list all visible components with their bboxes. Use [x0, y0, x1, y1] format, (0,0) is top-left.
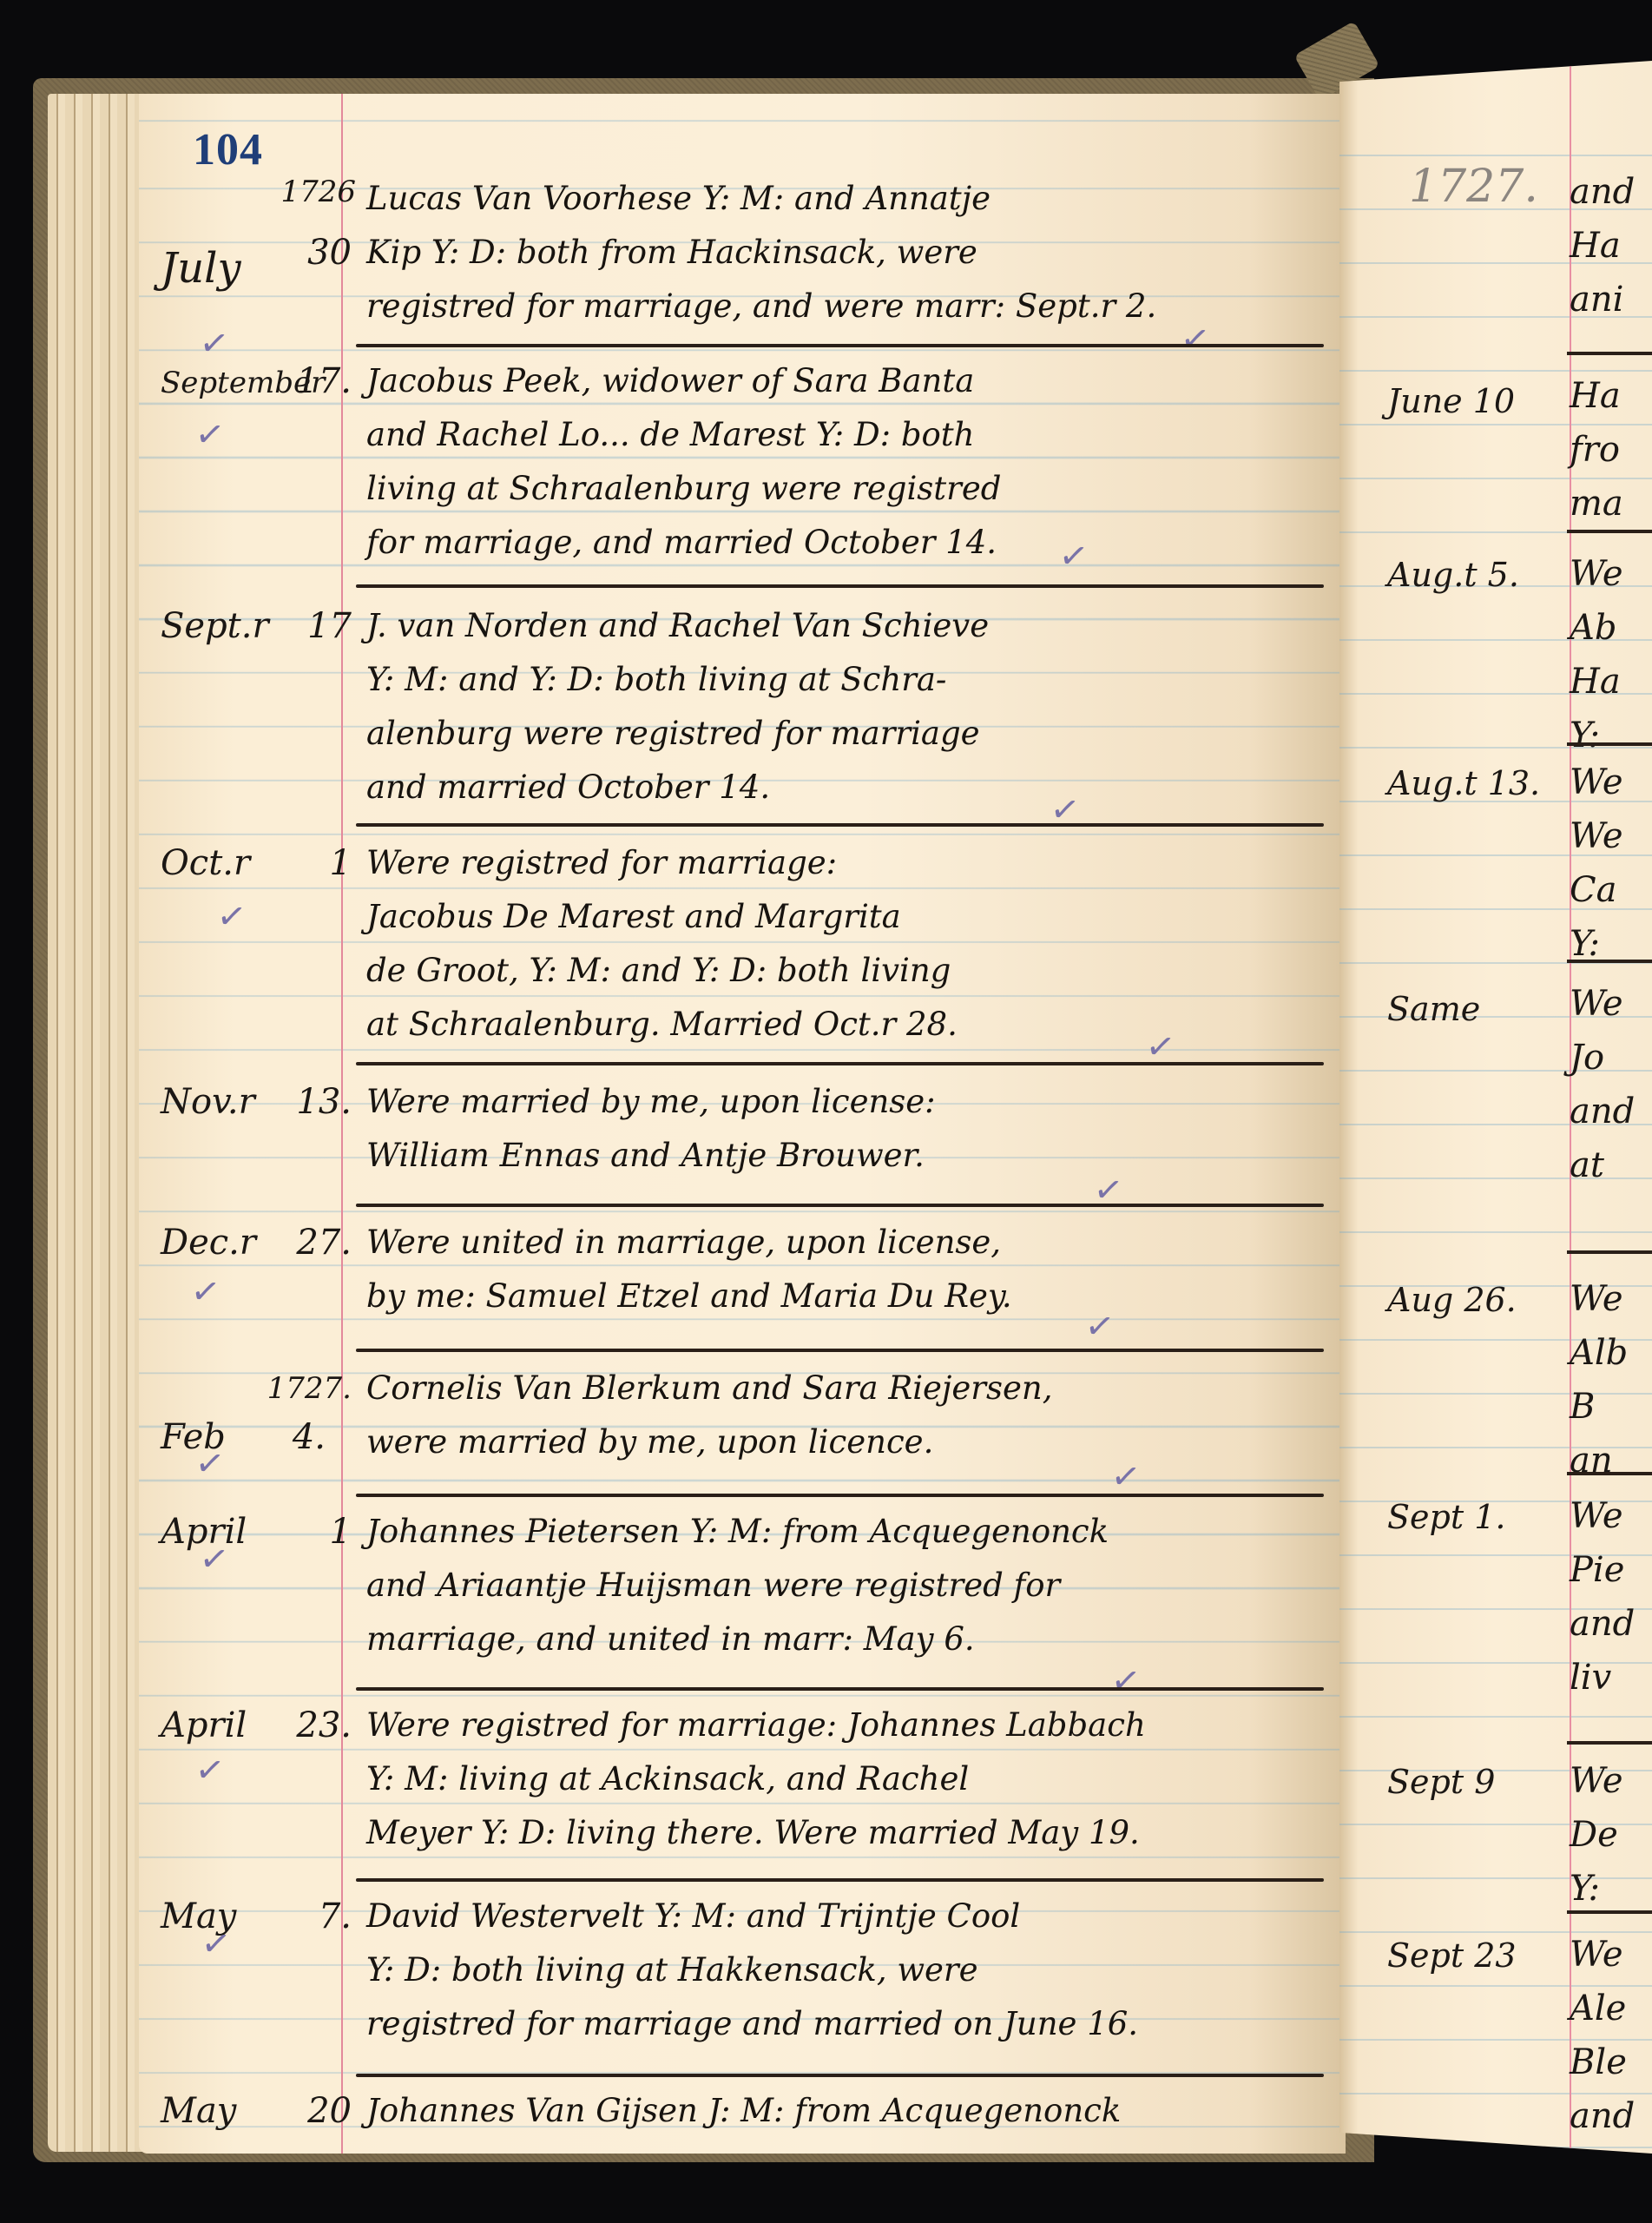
entry-divider [356, 1494, 1324, 1497]
entry-month: May [161, 2084, 236, 2138]
check-mark-icon: ✓ [193, 1442, 227, 1486]
entry-text: Lucas Van Voorhese Y: M: and Annatje Kip… [366, 172, 1320, 333]
entry-divider [1567, 1741, 1652, 1745]
entry-day: 27. [296, 1216, 352, 1270]
entry-divider [1567, 530, 1652, 533]
entry-text-fragment: We We Ca Y: [1570, 755, 1623, 971]
entry-date: Aug.t 5. [1387, 556, 1561, 594]
entry-text: Cornelis Van Blerkum and Sara Riejersen,… [366, 1362, 1320, 1469]
entry-text: Were married by me, upon license: Willia… [366, 1075, 1320, 1183]
entry-divider [356, 344, 1324, 347]
entry-divider [356, 584, 1324, 588]
entry-text-fragment: We Jo and at [1570, 977, 1635, 1192]
entry-text-fragment: We De Y: [1570, 1754, 1623, 1916]
entry-day: 17 [307, 599, 352, 653]
check-mark-icon: ✓ [1083, 1305, 1117, 1349]
pencil-year-note: 1727. [1409, 161, 1538, 213]
entry-year: 1727. [267, 1362, 352, 1415]
entry-year: 1726 [280, 165, 356, 219]
entry-text: Jacobus Peek, widower of Sara Banta and … [366, 354, 1320, 570]
entry-date: June 10 [1387, 382, 1561, 420]
entry-date: May 7. [161, 1890, 352, 1943]
entry-date: September 17. [161, 354, 352, 410]
entry-divider [1567, 1472, 1652, 1475]
entry-date: Same [1387, 990, 1561, 1028]
entry-date: Sept 23 [1387, 1936, 1561, 1975]
page-number: 104 [193, 124, 263, 175]
entry-divider [356, 823, 1324, 827]
entry-month: Dec.r [161, 1216, 256, 1270]
entry-text: Johannes Pietersen Y: M: from Acquegenon… [366, 1505, 1320, 1666]
entry-date: Aug.t 13. [1387, 764, 1561, 802]
entry-divider [356, 1349, 1324, 1352]
check-mark-icon: ✓ [214, 895, 249, 939]
check-mark-icon: ✓ [199, 1923, 234, 1966]
entry-divider [1567, 960, 1652, 963]
entry-date: Sept.r 17 [161, 599, 352, 653]
entry-day: 30 [307, 226, 352, 280]
entry-date: Aug 26. [1387, 1281, 1561, 1319]
entry-date: April 1 [161, 1505, 352, 1559]
entry-divider [1567, 352, 1652, 355]
entry-divider [1567, 1910, 1652, 1914]
entry-date: Oct.r 1 [161, 836, 352, 890]
right-page: 1727. and Ha ani June 10 Ha fro ma Aug.t… [1339, 61, 1652, 2154]
entry-text-fragment: We Pie and liv [1570, 1489, 1635, 1705]
entry-text: Johannes Van Gijsen J: M: from Acquegeno… [366, 2084, 1320, 2138]
entry-text: Were registred for marriage: Jacobus De … [366, 836, 1320, 1052]
entry-divider [356, 2074, 1324, 2077]
entry-date: Sept 9 [1387, 1763, 1561, 1801]
entry-text-fragment: We Alb B an [1570, 1272, 1628, 1487]
entry-month: Oct.r [161, 836, 250, 890]
entry-divider [356, 1204, 1324, 1207]
entry-day: 13. [296, 1075, 352, 1129]
entry-day: 20 [307, 2084, 352, 2138]
entry-date: May 20 [161, 2084, 352, 2138]
entry-divider [356, 1878, 1324, 1882]
entry-month: July [161, 241, 241, 295]
open-register-book: 104 1726 July 30 Lucas Van Voorhese Y: M… [0, 0, 1652, 2223]
entry-day: 23. [296, 1699, 352, 1752]
check-mark-icon: ✓ [1056, 535, 1091, 578]
check-mark-icon: ✓ [193, 413, 227, 457]
check-mark-icon: ✓ [1109, 1455, 1143, 1499]
entry-day: 1 [330, 1505, 352, 1559]
entry-divider [356, 1062, 1324, 1065]
entry-divider [1567, 742, 1652, 746]
check-mark-icon: ✓ [197, 1538, 232, 1581]
entry-day: 1 [330, 836, 352, 890]
entry-divider [1567, 1250, 1652, 1254]
check-mark-icon: ✓ [1109, 1659, 1143, 1703]
entry-day: 17. [296, 354, 352, 408]
entry-month: Nov.r [161, 1075, 255, 1129]
page-edges [48, 94, 152, 2152]
entry-text: David Westervelt Y: M: and Trijntje Cool… [366, 1890, 1320, 2051]
entry-date: 1727. Feb 4. [161, 1362, 352, 1474]
entry-text-fragment: We Ale Ble and [1570, 1928, 1635, 2143]
entry-text: J. van Norden and Rachel Van Schieve Y: … [366, 599, 1320, 815]
entry-date: April 23. [161, 1699, 352, 1752]
entry-text-fragment: Ha fro ma [1570, 369, 1623, 531]
entry-text-fragment: We Ab Ha Y: [1570, 547, 1623, 762]
check-mark-icon: ✓ [188, 1270, 223, 1314]
entry-month: Sept.r [161, 599, 269, 653]
entry-date: Dec.r 27. [161, 1216, 352, 1270]
entry-day: 4. [293, 1410, 326, 1464]
entry-date: Sept 1. [1387, 1498, 1561, 1536]
left-page: 104 1726 July 30 Lucas Van Voorhese Y: M… [139, 94, 1346, 2154]
entry-text: Were registred for marriage: Johannes La… [366, 1699, 1320, 1860]
entry-month: April [161, 1699, 247, 1752]
entry-text-fragment: and Ha ani [1570, 165, 1635, 327]
entry-date: Nov.r 13. [161, 1075, 352, 1129]
entry-divider [356, 1687, 1324, 1691]
entry-text: Were united in marriage, upon license, b… [366, 1216, 1320, 1323]
entry-day: 7. [319, 1890, 352, 1943]
check-mark-icon: ✓ [193, 1749, 227, 1792]
